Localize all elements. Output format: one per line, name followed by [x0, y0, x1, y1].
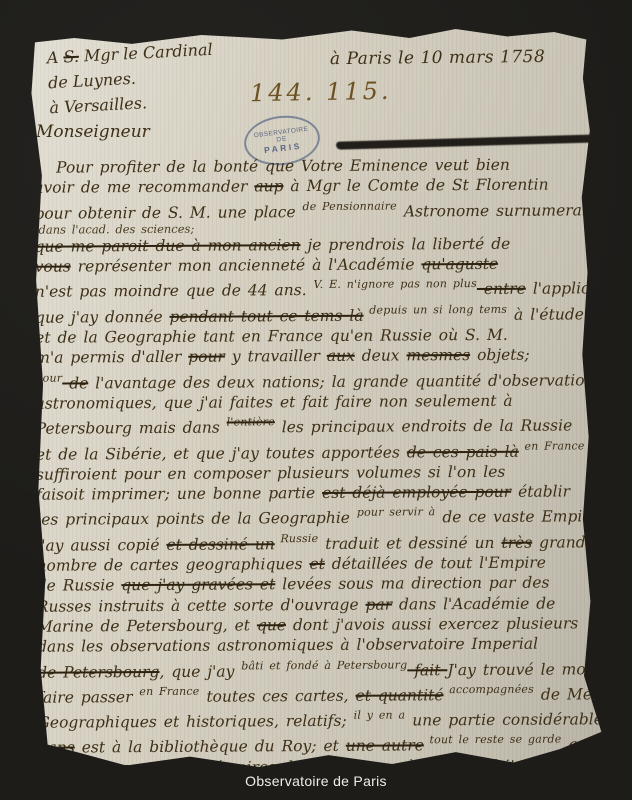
struck-text: que [257, 616, 286, 634]
struck-text: est déjà employée pour [322, 483, 511, 502]
handwritten-text: Geographiques et historiques, relatifs; [37, 712, 353, 732]
handwritten-text: toutes ces cartes, [199, 687, 355, 706]
handwritten-text: J'ay trouvé le moien de [447, 660, 632, 679]
manuscript-line: pour de l'avantage des deux nations; la … [35, 365, 591, 394]
struck-text: pour [188, 348, 225, 366]
struck-text: vous [35, 258, 71, 276]
struck-text: l'entière [227, 416, 275, 429]
struck-text: S. [63, 47, 79, 67]
handwritten-text: les principaux endroits de la Russie [275, 417, 572, 437]
handwritten-text: faisoit imprimer; une bonne partie [36, 484, 322, 504]
manuscript-line: de Petersbourg, que j'ay bâti et fondé à… [37, 654, 593, 683]
struck-text: et quantité [355, 686, 443, 705]
handwritten-text: de Mémoires — [534, 685, 632, 704]
handwritten-text: traduit et dessiné un [318, 534, 501, 553]
handwritten-text: Pour profiter de la bonté que Votre Emin… [56, 156, 510, 177]
struck-text: que me paroit due à mon ancien [35, 236, 301, 256]
handwritten-text: au dépost [561, 735, 632, 754]
handwritten-text: Mgr le Cardinal [78, 40, 213, 66]
struck-text: une autre [346, 737, 424, 755]
manuscript-line: que me paroit due à mon ancien je prendr… [35, 233, 591, 257]
handwritten-text: représenter mon ancienneté à l'Académie [71, 256, 422, 276]
handwritten-text: l'application continuelle [526, 279, 632, 298]
handwritten-text: grand [532, 533, 586, 551]
struck-text: de [62, 374, 88, 392]
handwritten-text: A [46, 48, 64, 68]
handwritten-text: l'avantage des deux nations; la grande q… [88, 371, 602, 392]
inserted-text: tout le reste se garde [424, 733, 562, 747]
manuscript-line: faire passer en France toutes ces cartes… [37, 679, 593, 708]
manuscript-line: n'est pas moindre que de 44 ans. V. E. n… [35, 274, 591, 303]
handwritten-text: avoir de me recommander [34, 178, 254, 197]
manuscript-line: j'ay aussi copié et dessiné un Russie tr… [36, 527, 592, 556]
inserted-text: bâti et fondé à Petersbourg [241, 658, 407, 672]
manuscript-line: de Russie que j'ay gravées et levées sou… [37, 573, 593, 597]
inserted-text: Russie [275, 532, 319, 545]
handwritten-text: Astronome surnumeraire [397, 201, 604, 220]
folio-numbers: 144. 115. [250, 77, 392, 107]
handwritten-text: astronomiques, que j'ai faites et fait f… [35, 392, 512, 413]
handwritten-text: je prendrois la liberté de [300, 235, 510, 254]
inserted-text: depuis un si long tems [363, 303, 507, 317]
handwritten-text: nombre de cartes geographiques [36, 555, 309, 575]
handwritten-text: , que j'ay [159, 662, 241, 680]
handwritten-text: m'a permis d'aller [35, 348, 188, 367]
manuscript-photo: A S. Mgr le Cardinalde Luynes.à Versaill… [0, 0, 632, 800]
handwritten-text: à l'étude de l'astronomie [507, 304, 632, 323]
inserted-text: en France [519, 439, 585, 452]
handwritten-text: j'ay aussi copié [36, 536, 166, 555]
handwritten-text: de Russie [37, 577, 122, 596]
handwritten-text: et de la Geographie tant en France qu'en… [35, 326, 508, 347]
struck-text: fait [407, 661, 447, 679]
struck-text: et [309, 555, 325, 573]
manuscript-line: et de la Sibérie, et que j'ay toutes app… [36, 436, 592, 465]
handwritten-text: et de la Sibérie, et que j'ay toutes app… [36, 443, 407, 463]
handwritten-text: détaillées de tout l'Empire [325, 554, 546, 573]
struck-text: très [501, 533, 532, 551]
manuscript-page: A S. Mgr le Cardinalde Luynes.à Versaill… [28, 26, 606, 773]
inserted-text: en France [139, 685, 199, 698]
handwritten-text: établir [511, 483, 570, 501]
handwritten-text: de ce vaste Empire de [435, 508, 625, 527]
handwritten-text: à Mgr le Comte de St Florentin [283, 176, 548, 196]
manuscript-line: Petersbourg mais dans l'entière les prin… [36, 411, 592, 440]
struck-text: entre [477, 280, 526, 298]
handwritten-text: dans l'Académie de [392, 594, 555, 613]
handwritten-text: faire passer [37, 688, 139, 707]
struck-text: qu'aguste [421, 255, 498, 273]
inserted-text: de Pensionnaire [302, 199, 396, 213]
inserted-text: pour servir à [357, 506, 436, 519]
struck-text: aux [327, 347, 355, 365]
struck-text: mesmes [406, 346, 470, 364]
letter-body: Pour profiter de la bonté que Votre Emin… [34, 154, 594, 799]
struck-text: de Petersbourg [37, 662, 159, 681]
handwritten-text: objets; [470, 346, 530, 364]
struck-text: et dessiné un [166, 535, 274, 554]
manuscript-line: pour obtenir de S. M. une place de Pensi… [34, 195, 590, 224]
manuscript-line: dans est à la bibliothèque du Roy; et un… [38, 730, 594, 759]
handwritten-text: est à la bibliothèque du Roy; et [75, 737, 346, 757]
caption: Observatoire de Paris [0, 773, 632, 789]
inserted-text: pour [35, 371, 62, 384]
handwritten-text: Marine de Petersbourg, et [37, 616, 257, 635]
handwritten-text: les principaux points de la Geographie [36, 509, 357, 529]
manuscript-line: avoir de me recommander aup à Mgr le Com… [34, 175, 590, 199]
handwritten-text: Petersbourg mais dans [36, 419, 227, 438]
manuscript-line: Geographiques et historiques, relatifs; … [37, 704, 593, 733]
inserted-text: V. E. n'ignore pas non plus [313, 277, 476, 291]
handwritten-text: que j'ay donnée [35, 308, 170, 327]
dateline: à Paris le 10 mars 1758 [330, 47, 545, 69]
struck-text: pendant tout ce tems là [169, 306, 363, 325]
handwritten-text: levées sous ma direction par des [275, 574, 549, 594]
struck-text: par [365, 595, 392, 613]
handwritten-text: y travailler [225, 347, 327, 366]
manuscript-line: que j'ay donnée pendant tout ce tems là … [35, 299, 591, 328]
handwritten-text: pour obtenir de S. M. une place [34, 203, 302, 223]
handwritten-text: deux [355, 347, 407, 365]
stamp-line-3: PARIS [263, 140, 302, 155]
handwritten-text: dans les observations astronomiques à l'… [37, 635, 538, 656]
inserted-text: il y en a [354, 709, 406, 722]
handwritten-text: à Versailles. [49, 93, 148, 117]
handwritten-text: dans l'acad. des sciences; [38, 222, 194, 237]
handwritten-text: une partie considérable [405, 710, 603, 729]
recipient-address: A S. Mgr le Cardinalde Luynes.à Versaill… [46, 37, 216, 121]
struck-text: aup [254, 177, 283, 195]
ink-smear [336, 134, 602, 149]
struck-text: que j'ay gravées et [121, 576, 275, 595]
handwritten-text: de Luynes. [48, 69, 137, 93]
struck-text: dans [38, 739, 75, 757]
handwritten-text: dont j'avois aussi exercez plusieurs [286, 614, 578, 634]
salutation: Monseigneur [36, 122, 150, 142]
struck-text: de ces pais là [407, 442, 519, 461]
inserted-text: accompagnées [443, 682, 533, 696]
handwritten-text: n'est pas moindre que de 44 ans. [35, 281, 314, 301]
handwritten-text: suffiroient pour en composer plusieurs v… [36, 463, 505, 484]
handwritten-text: Russes instruits à cette sorte d'ouvrage [37, 595, 366, 615]
manuscript-line: dans les observations astronomiques à l'… [37, 634, 593, 658]
manuscript-line: les principaux points de la Geographie p… [36, 502, 592, 531]
